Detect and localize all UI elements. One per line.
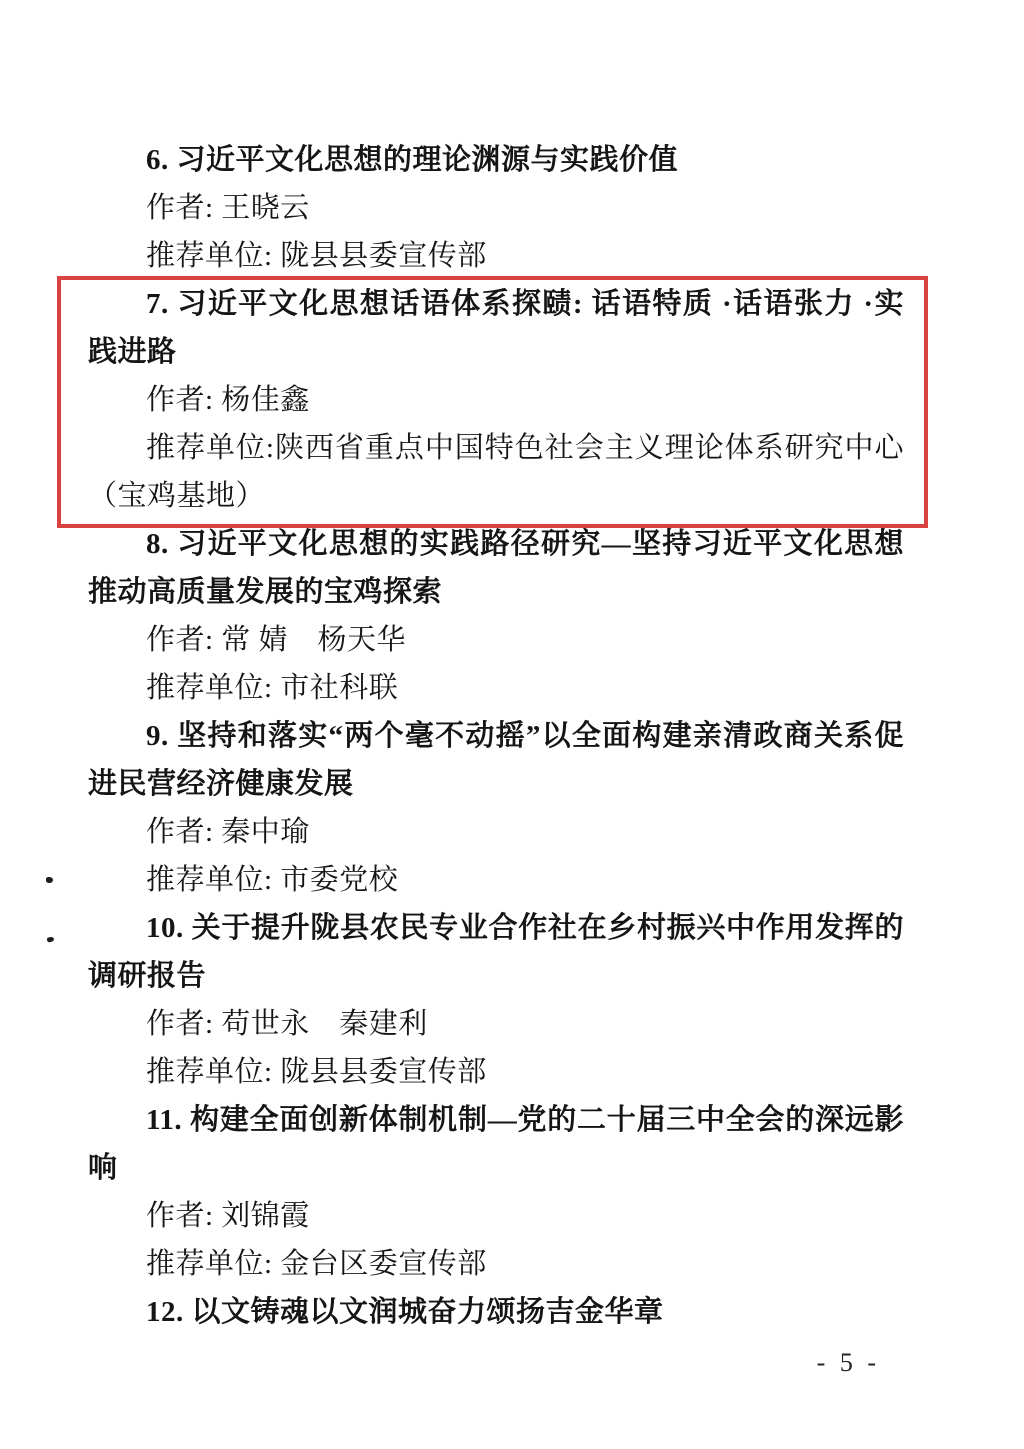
entry: 10. 关于提升陇县农民专业合作社在乡村振兴中作用发挥的调研报告 作者: 苟世永…: [88, 904, 904, 1096]
entries-list: 6. 习近平文化思想的理论渊源与实践价值 作者: 王晓云 推荐单位: 陇县县委宣…: [88, 136, 904, 1336]
entry-author-line: 作者: 常 婧 杨天华: [88, 616, 904, 664]
entry-title: 11. 构建全面创新体制机制—党的二十届三中全会的深远影响: [88, 1096, 904, 1192]
entry-unit-line: 推荐单位:陕西省重点中国特色社会主义理论体系研究中心（宝鸡基地）: [88, 424, 904, 520]
entry-title: 12. 以文铸魂以文润城奋力颂扬吉金华章: [88, 1288, 904, 1336]
entry-title: 10. 关于提升陇县农民专业合作社在乡村振兴中作用发挥的调研报告: [88, 904, 904, 1000]
entry-unit-line: 推荐单位: 市社科联: [88, 664, 904, 712]
entry-title: 6. 习近平文化思想的理论渊源与实践价值: [88, 136, 904, 184]
entry: 6. 习近平文化思想的理论渊源与实践价值 作者: 王晓云 推荐单位: 陇县县委宣…: [88, 136, 904, 280]
entry-author-line: 作者: 刘锦霞: [88, 1192, 904, 1240]
page-number: - 5 -: [817, 1348, 880, 1378]
entry-author-line: 作者: 王晓云: [88, 184, 904, 232]
document-page: 6. 习近平文化思想的理论渊源与实践价值 作者: 王晓云 推荐单位: 陇县县委宣…: [0, 0, 1024, 1449]
entry-title: 7. 习近平文化思想话语体系探赜: 话语特质 ·话语张力 ·实践进路: [88, 280, 904, 376]
entry: 12. 以文铸魂以文润城奋力颂扬吉金华章: [88, 1288, 904, 1336]
entry-unit-line: 推荐单位: 陇县县委宣传部: [88, 232, 904, 280]
entry-author-line: 作者: 苟世永 秦建利: [88, 1000, 904, 1048]
entry-title: 8. 习近平文化思想的实践路径研究—坚持习近平文化思想推动高质量发展的宝鸡探索: [88, 520, 904, 616]
entry-unit-line: 推荐单位: 陇县县委宣传部: [88, 1048, 904, 1096]
entry: 8. 习近平文化思想的实践路径研究—坚持习近平文化思想推动高质量发展的宝鸡探索 …: [88, 520, 904, 712]
margin-mark-top: [46, 877, 53, 883]
entry-author-line: 作者: 杨佳鑫: [88, 376, 904, 424]
entry-unit-line: 推荐单位: 金台区委宣传部: [88, 1240, 904, 1288]
entry: 9. 坚持和落实“两个毫不动摇”以全面构建亲清政商关系促进民营经济健康发展 作者…: [88, 712, 904, 904]
entry-unit-line: 推荐单位: 市委党校: [88, 856, 904, 904]
entry: 11. 构建全面创新体制机制—党的二十届三中全会的深远影响 作者: 刘锦霞 推荐…: [88, 1096, 904, 1288]
entry-author-line: 作者: 秦中瑜: [88, 808, 904, 856]
entry-title: 9. 坚持和落实“两个毫不动摇”以全面构建亲清政商关系促进民营经济健康发展: [88, 712, 904, 808]
entry-highlighted: 7. 习近平文化思想话语体系探赜: 话语特质 ·话语张力 ·实践进路 作者: 杨…: [57, 276, 928, 528]
